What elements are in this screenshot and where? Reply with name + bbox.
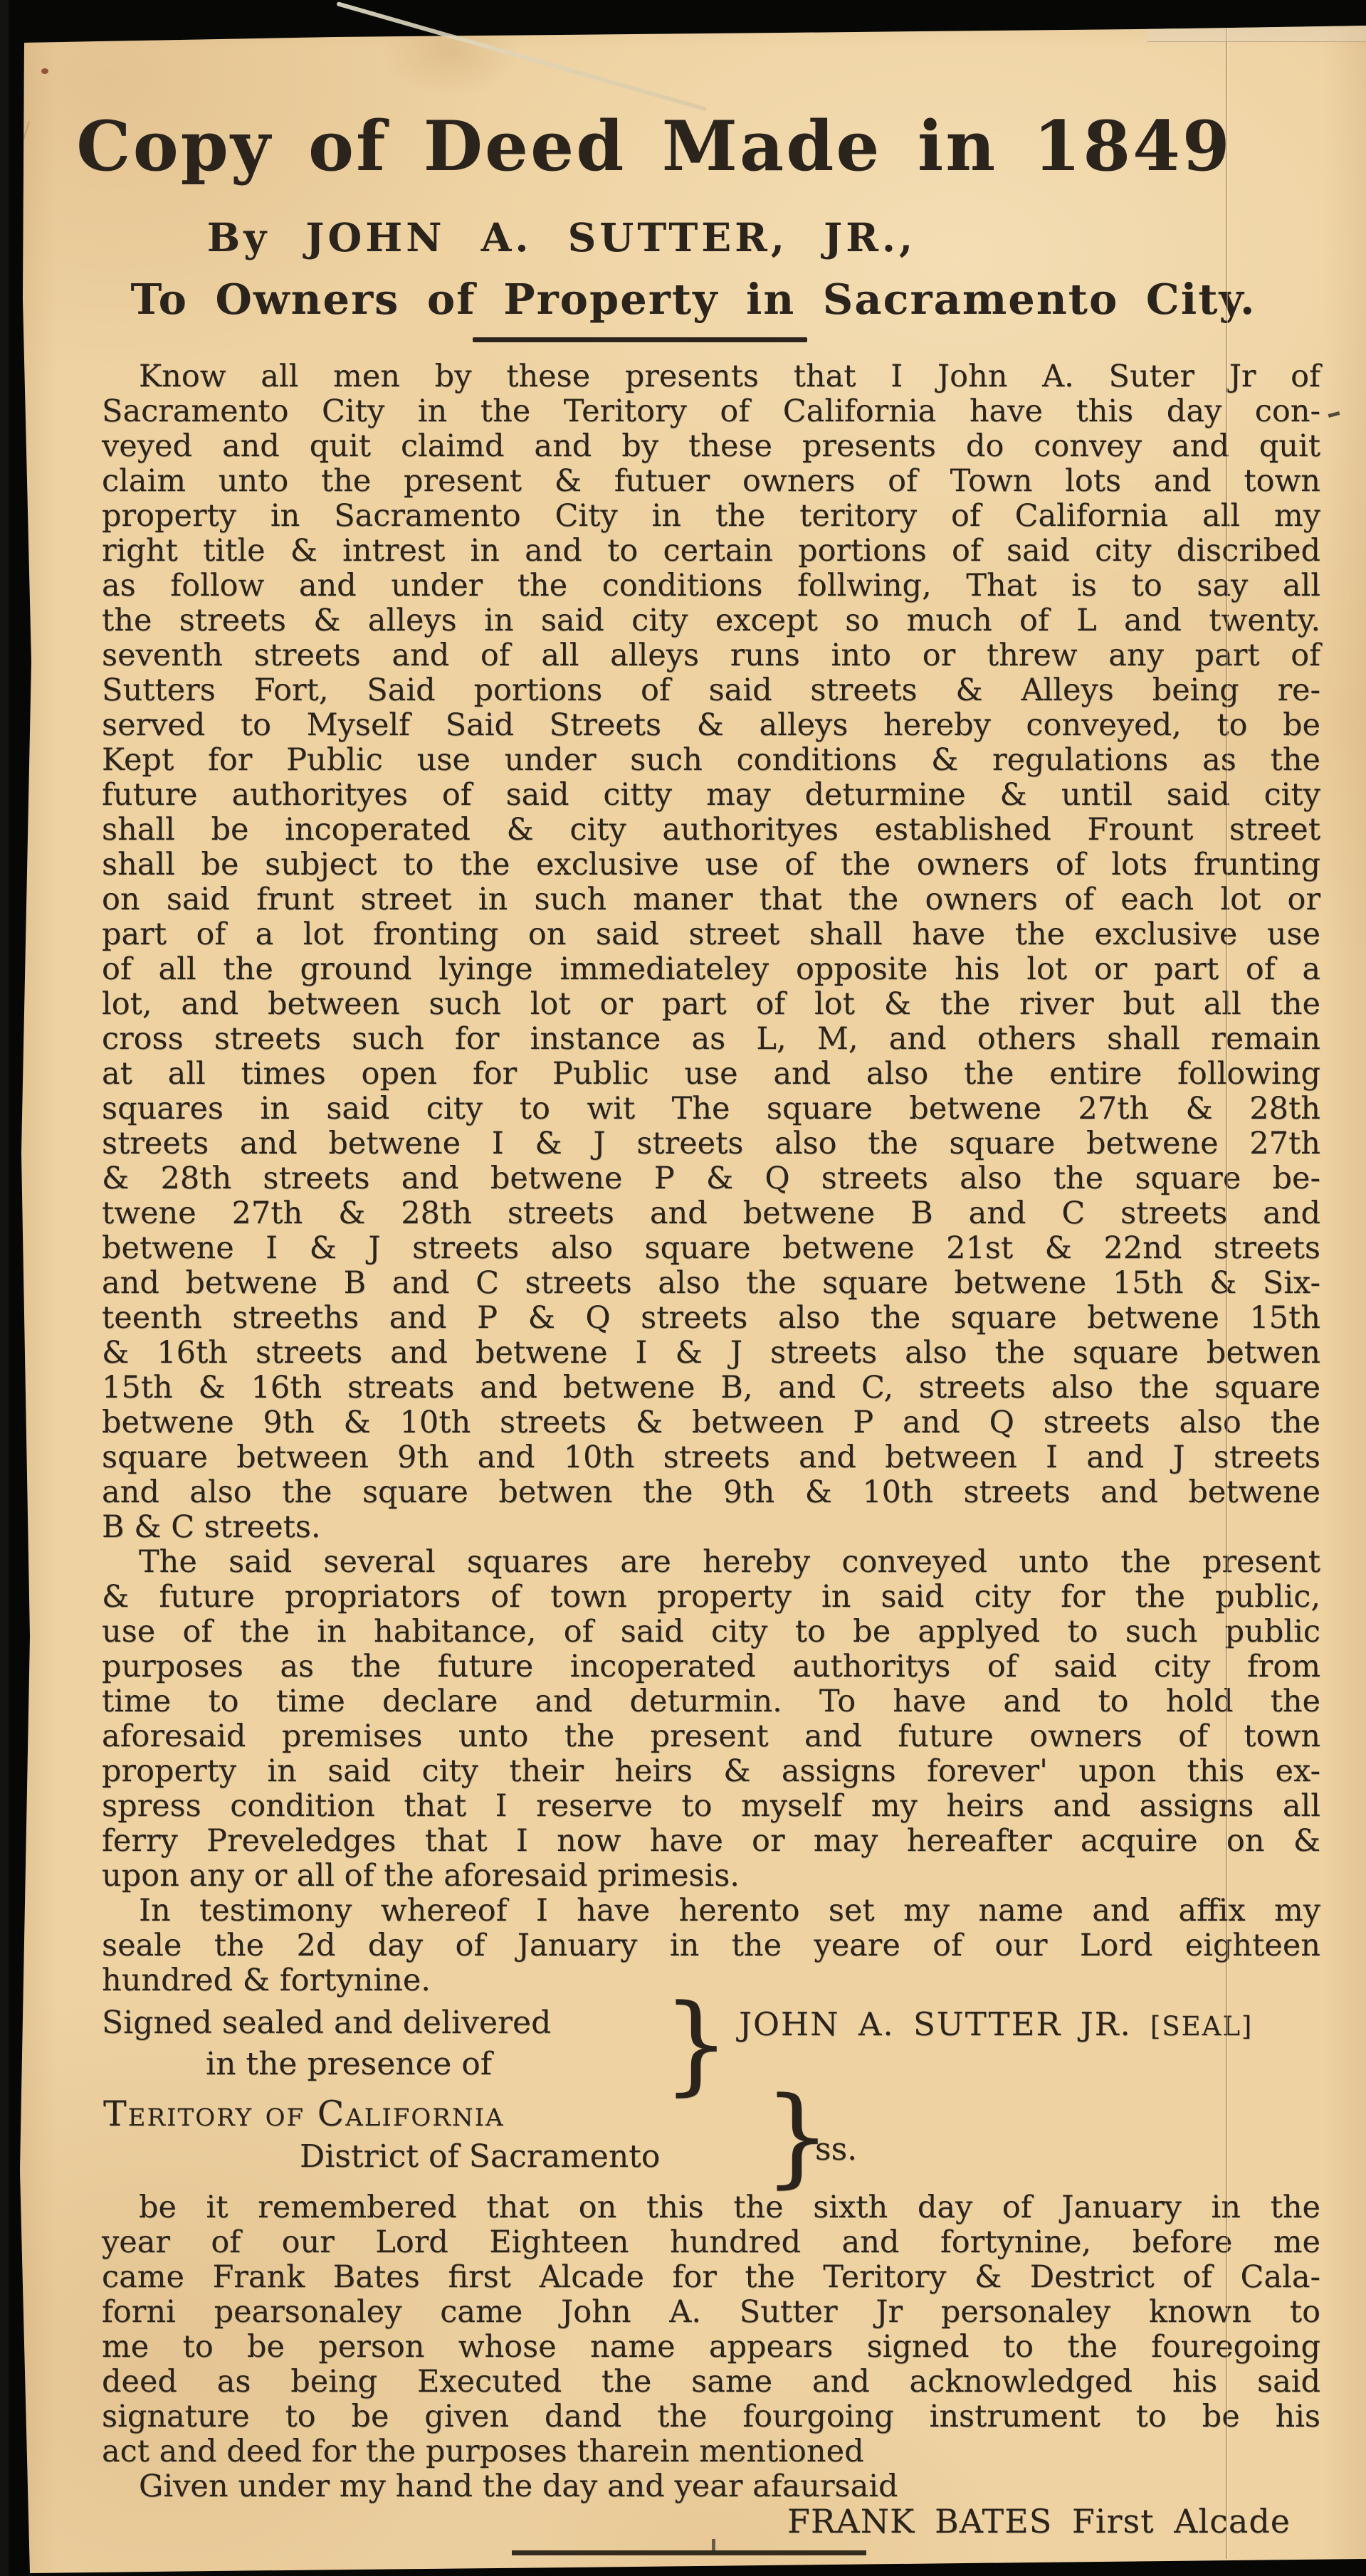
jurat-district: District of Sacramento: [300, 2139, 660, 2174]
text-line: Sutters Fort, Said portions of said stre…: [102, 673, 1320, 708]
text-line: shall be incoperated & city authorityes …: [102, 813, 1320, 848]
fold-crease-highlight: [1227, 26, 1228, 2559]
text-line: twene 27th & 28th streets and betwene B …: [102, 1196, 1320, 1231]
ink-speck: [41, 68, 48, 74]
deed-content: Copy of Deed Made in 1849 By JOHN A. SUT…: [102, 0, 1320, 2539]
text-line: purposes as the future incoperated autho…: [102, 1649, 1320, 1684]
jurat-territory: Teritory of California: [103, 2096, 505, 2131]
bottom-divider-mark: [712, 2539, 715, 2550]
text-line: future authorityes of said citty may det…: [102, 778, 1320, 813]
text-line: seale the 2d day of January in the yeare…: [102, 1928, 1320, 1963]
scan-edge-shadow: [0, 0, 9, 2576]
text-line: time to time declare and deturmin. To ha…: [102, 1684, 1320, 1719]
text-line: be it remembered that on this the sixth …: [102, 2190, 1320, 2225]
text-line: came Frank Bates first Alcade for the Te…: [102, 2260, 1320, 2295]
attestation-brace: }: [663, 1990, 730, 2098]
byline: By JOHN A. SUTTER, JR.,: [0, 218, 1171, 257]
tape-strip: [1147, 21, 1366, 42]
ink-speck: [1328, 411, 1340, 418]
text-line: 15th & 16th streats and betwene B, and C…: [102, 1371, 1320, 1405]
text-line: signature to be given dand the fourgoing…: [102, 2400, 1320, 2434]
attestation-block: Signed sealed and delivered in the prese…: [102, 2004, 1320, 2084]
text-line: on said frunt street in such maner that …: [102, 882, 1320, 917]
text-line: teenth streeths and P & Q streets also t…: [102, 1301, 1320, 1336]
text-line: betwene I & J streets also square betwen…: [102, 1231, 1320, 1266]
text-line: forni pearsonaley came John A. Sutter Jr…: [102, 2295, 1320, 2330]
text-line: act and deed for the purposes tharein me…: [102, 2434, 1320, 2469]
paper-document: Copy of Deed Made in 1849 By JOHN A. SUT…: [0, 0, 1366, 2576]
page-title: Copy of Deed Made in 1849: [45, 112, 1263, 181]
given-line: Given under my hand the day and year afa…: [102, 2469, 1320, 2504]
text-line: ferry Preveledges that I now have or may…: [102, 1824, 1320, 1859]
text-line: the streets & alleys in said city except…: [102, 603, 1320, 638]
text-line: square between 9th and 10th streets and …: [102, 1440, 1320, 1475]
attestation-line1: Signed sealed and delivered: [102, 2005, 551, 2040]
text-line: year of our Lord Eighteen hundred and fo…: [102, 2225, 1320, 2260]
text-line: The said several squares are hereby conv…: [102, 1545, 1320, 1580]
text-line: lot, and between such lot or part of lot…: [102, 987, 1320, 1022]
text-line: cross streets such for instance as L, M,…: [102, 1022, 1320, 1057]
text-line: seventh streets and of all alleys runs i…: [102, 638, 1320, 673]
subtitle: To Owners of Property in Sacramento City…: [84, 278, 1303, 320]
text-line: squares in said city to wit The square b…: [102, 1092, 1320, 1126]
signer-name: JOHN A. SUTTER JR.[SEAL]: [739, 2007, 1253, 2044]
text-line: as follow and under the conditions follw…: [102, 569, 1320, 603]
text-line: betwene 9th & 10th streets & between P a…: [102, 1405, 1320, 1440]
jurat-block: Teritory of California District of Sacra…: [102, 2098, 1320, 2183]
text-line: served to Myself Said Streets & alleys h…: [102, 708, 1320, 743]
text-line: Sacramento City in the Teritory of Calif…: [102, 394, 1320, 429]
seal-label: [SEAL]: [1150, 2011, 1254, 2042]
text-line: spress condition that I reserve to mysel…: [102, 1789, 1320, 1824]
deed-paragraphs: Know all men by these presents that I Jo…: [102, 359, 1320, 1998]
signer-name-text: JOHN A. SUTTER JR.: [739, 2005, 1132, 2043]
text-line: & 28th streets and betwene P & Q streets…: [102, 1161, 1320, 1196]
text-line: In testimony whereof I have herento set …: [102, 1894, 1320, 1928]
text-line: upon any or all of the aforesaid primesi…: [102, 1859, 1320, 1894]
text-line: right title & intrest in and to certain …: [102, 534, 1320, 569]
text-line: claim unto the present & futuer owners o…: [102, 464, 1320, 499]
scanned-deed-page: Copy of Deed Made in 1849 By JOHN A. SUT…: [0, 0, 1366, 2576]
text-line: Kept for Public use under such condition…: [102, 743, 1320, 778]
text-line: streets and betwene I & J streets also t…: [102, 1126, 1320, 1161]
text-line: deed as being Executed the same and ackn…: [102, 2365, 1320, 2400]
text-line: veyed and quit claimd and by these prese…: [102, 429, 1320, 464]
attestation-line2: in the presence of: [206, 2047, 492, 2081]
bottom-divider: [512, 2550, 866, 2555]
text-line: & future propriators of town property in…: [102, 1580, 1320, 1615]
text-line: property in said city their heirs & assi…: [102, 1754, 1320, 1789]
paragraph: Know all men by these presents that I Jo…: [102, 359, 1320, 1545]
paragraph: The said several squares are hereby conv…: [102, 1545, 1320, 1894]
text-line: Know all men by these presents that I Jo…: [102, 359, 1320, 394]
text-line: & 16th streets and betwene I & J streets…: [102, 1336, 1320, 1371]
closing-block: Given under my hand the day and year afa…: [102, 2469, 1320, 2539]
title-divider: [473, 337, 807, 342]
text-line: use of the in habitance, of said city to…: [102, 1615, 1320, 1649]
text-line: at all times open for Public use and als…: [102, 1057, 1320, 1092]
text-line: and also the square betwen the 9th & 10t…: [102, 1475, 1320, 1510]
text-line: of all the ground lyinge immediateley op…: [102, 952, 1320, 987]
text-line: part of a lot fronting on said street sh…: [102, 917, 1320, 952]
text-line: aforesaid premises unto the present and …: [102, 1719, 1320, 1754]
text-line: me to be person whose name appears signe…: [102, 2330, 1320, 2365]
text-line: and betwene B and C streets also the squ…: [102, 1266, 1320, 1301]
text-line: B & C streets.: [102, 1510, 1320, 1545]
text-line: shall be subject to the exclusive use of…: [102, 848, 1320, 882]
jurat-ss: ss.: [815, 2132, 857, 2167]
text-line: property in Sacramento City in the terit…: [102, 499, 1320, 534]
acknowledgment-paragraph: be it remembered that on this the sixth …: [102, 2190, 1320, 2469]
officer-signature: FRANK BATES First Alcade: [102, 2504, 1320, 2539]
